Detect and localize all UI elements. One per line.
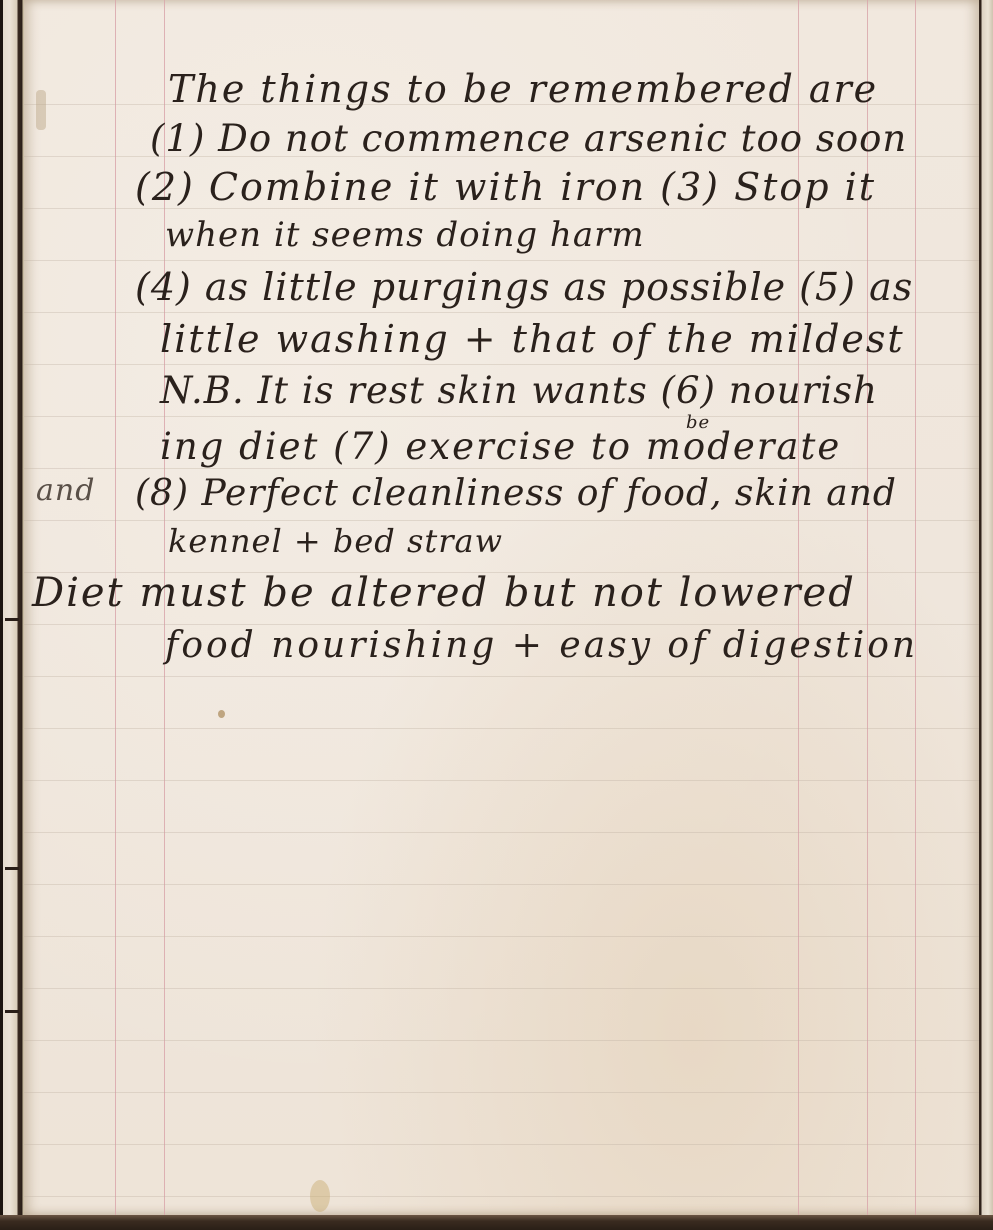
ruled-line [24,520,979,521]
handwritten-line-10: kennel + bed straw [168,525,503,557]
column-rule [915,0,916,1215]
paper-stain [310,1180,330,1212]
ruled-line [24,988,979,989]
ruled-line [24,1196,979,1197]
ruled-line [24,312,979,313]
ruled-line [24,884,979,885]
binding-mark [5,867,19,870]
handwritten-line-7: N.B. It is rest skin wants (6) nourish [160,372,878,409]
margin-note: and [36,476,95,506]
binding-mark [5,618,19,621]
book-binding-left [0,0,24,1230]
ruled-line [24,936,979,937]
book-edge-right [979,0,993,1230]
ruled-line [24,1092,979,1093]
handwritten-line-4: when it seems doing harm [165,218,645,252]
book-edge-bottom [0,1215,993,1230]
ruled-line [24,1144,979,1145]
handwritten-line-12: food nourishing + easy of digestion [165,628,918,664]
ruled-line [24,832,979,833]
ruled-line [24,780,979,781]
ruled-line [24,676,979,677]
ruled-line [24,468,979,469]
handwritten-line-3: (2) Combine it with iron (3) Stop it [135,168,876,206]
binding-mark [5,1010,19,1013]
ruled-line [24,416,979,417]
ruled-line [24,364,979,365]
handwritten-line-5: (4) as little purgings as possible (5) a… [135,268,913,306]
handwritten-line-9: (8) Perfect cleanliness of food, skin an… [135,476,897,512]
paper-stain [36,90,46,130]
handwritten-line-6: little washing + that of the mildest [160,320,905,358]
handwritten-line-1: The things to be remembered are [168,70,878,108]
handwritten-line-11: Diet must be altered but not lowered [32,573,856,613]
ruled-line [24,1040,979,1041]
handwritten-line-2: (1) Do not commence arsenic too soon [150,120,907,157]
ruled-line [24,260,979,261]
handwritten-line-8: ing diet (7) exercise to moderate [160,428,841,465]
ruled-line [24,728,979,729]
ink-blot [218,710,225,718]
